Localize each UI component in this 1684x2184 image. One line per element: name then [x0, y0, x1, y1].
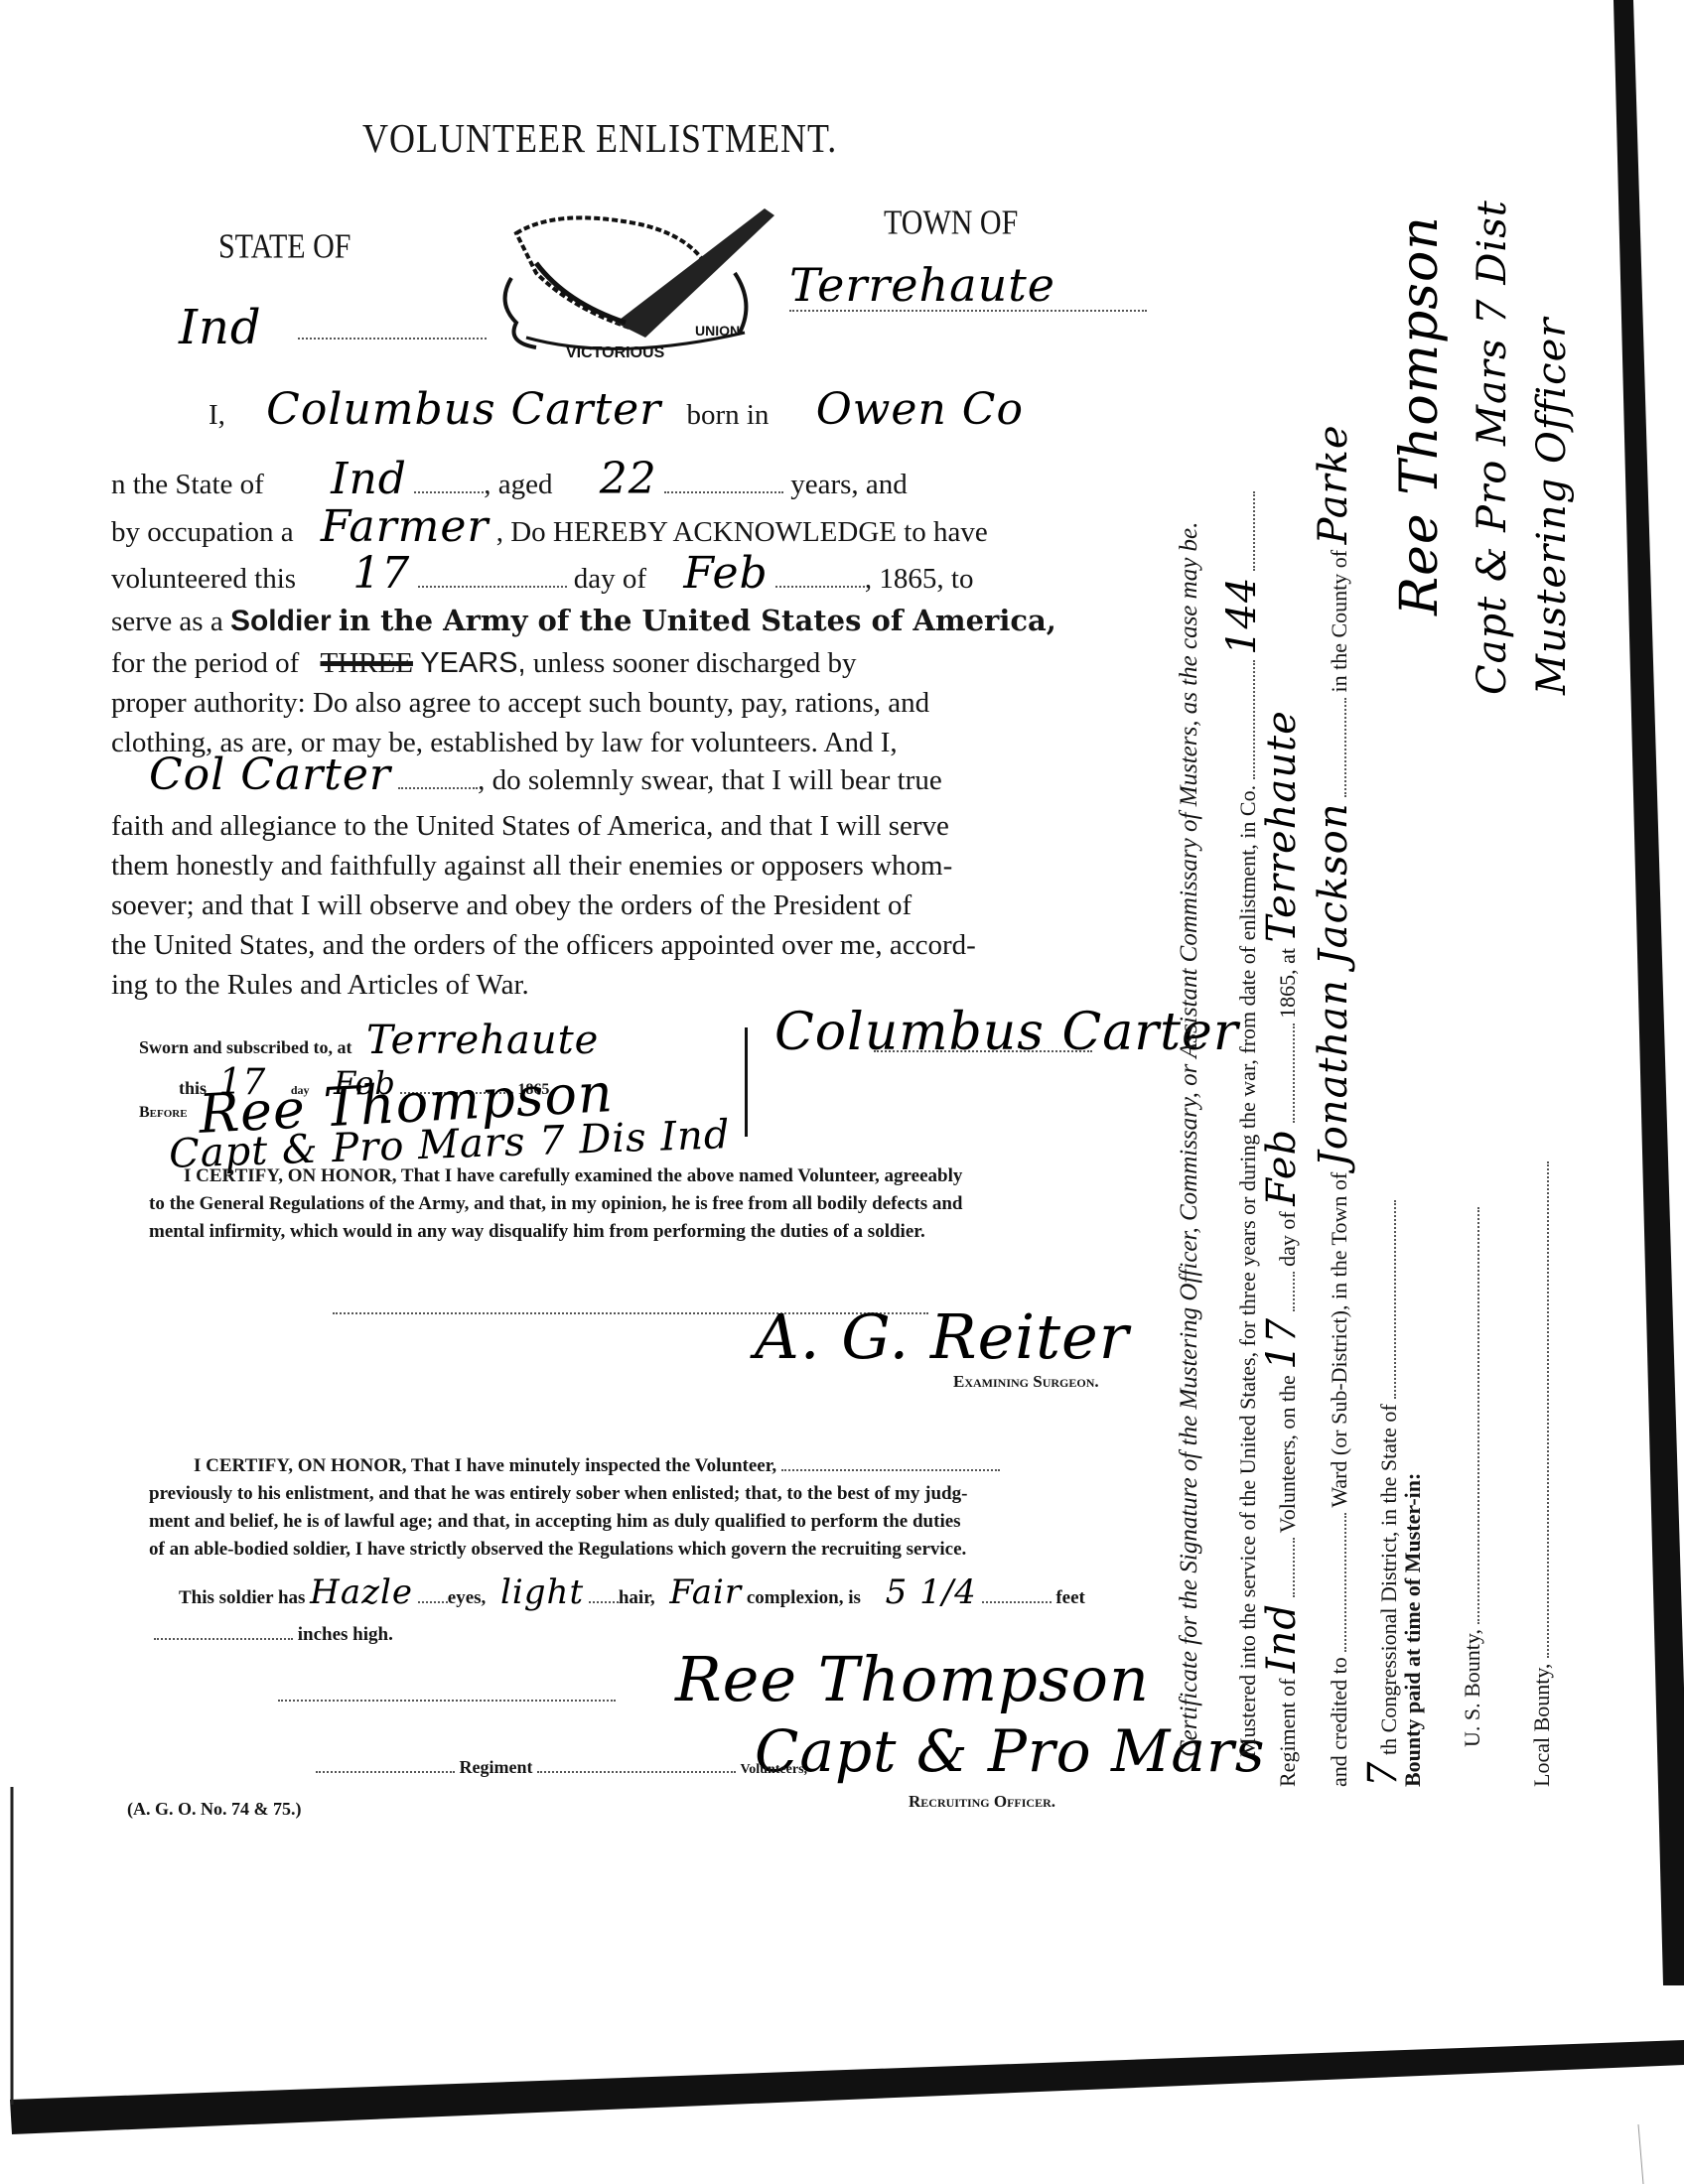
surgeon-cert-line-1: I CERTIFY, ON HONOR, That I have careful…	[184, 1161, 962, 1190]
recruit-cert-line-1: I CERTIFY, ON HONOR, That I have minutel…	[194, 1455, 776, 1476]
oath-line-14: ing to the Rules and Articles of War.	[111, 965, 529, 1006]
local-bounty-field	[1547, 1161, 1549, 1658]
oath-line-10: faith and allegiance to the United State…	[111, 806, 949, 847]
dotted-line	[1253, 491, 1255, 571]
muster-month: Feb	[1259, 1129, 1305, 1206]
dotted-line	[398, 787, 478, 789]
muster-regiment-label: Regiment of	[1275, 1679, 1300, 1787]
dotted-line	[589, 1601, 619, 1603]
muster-day-label: day of	[1275, 1211, 1300, 1267]
born-in-label: born in	[686, 399, 769, 431]
period-unit: YEARS,	[420, 647, 525, 679]
ward-label: Ward (or Sub-District), in the Town of	[1327, 1172, 1351, 1508]
seal-motto: VICTORIOUS	[566, 344, 665, 361]
surgeon-title: Examining Surgeon.	[953, 1372, 1099, 1392]
bounty-label: Bounty paid at time of Muster-in:	[1400, 1473, 1426, 1787]
credited-county: Parke	[1311, 424, 1356, 544]
muster-volunteers-label: Volunteers, on the	[1275, 1375, 1300, 1533]
discharge-text: unless sooner discharged by	[533, 647, 857, 679]
eyes-label: eyes,	[448, 1587, 487, 1608]
period-label: for the period of	[111, 647, 299, 679]
age-value: 22	[600, 454, 657, 504]
inches-label: inches high.	[298, 1624, 393, 1645]
dotted-line	[775, 586, 865, 588]
town-field-line	[789, 310, 1147, 312]
recruiting-signature: Ree Thompson	[675, 1643, 1150, 1715]
complexion-label: complexion, is	[747, 1587, 861, 1608]
dotted-line	[1293, 1272, 1295, 1311]
oath-line-12: soever; and that I will observe and obey…	[111, 886, 912, 926]
recruit-cert-line-2: previously to his enlistment, and that h…	[149, 1479, 967, 1508]
dotted-line	[1293, 1538, 1295, 1597]
volunteers-label: Volunteers,	[740, 1762, 807, 1777]
enlist-year: , 1865, to	[865, 563, 974, 595]
recruiting-title: Recruiting Officer.	[909, 1792, 1055, 1812]
muster-company: 144	[1219, 577, 1265, 655]
dotted-line	[781, 1469, 1000, 1471]
regiment-label: Regiment	[460, 1757, 533, 1777]
oath-line-11: them honestly and faithfully against all…	[111, 846, 952, 887]
dotted-line	[418, 586, 567, 588]
complexion-value: Fair	[669, 1572, 742, 1612]
surgeon-signature: A. G. Reiter	[755, 1300, 1129, 1373]
muster-officer-title: Capt & Pro Mars 7 Dist	[1470, 200, 1515, 695]
feet-label: feet	[1055, 1587, 1085, 1608]
eyes-value: Hazle	[310, 1572, 413, 1612]
county-label: in the County of	[1327, 550, 1351, 693]
district-text: th Congressional District, in the State …	[1376, 1404, 1401, 1755]
before-label: Before	[139, 1104, 188, 1122]
state-field-line	[298, 338, 487, 340]
dotted-line	[1394, 1200, 1396, 1399]
town-label: TOWN OF	[884, 204, 1018, 242]
oath-i: I,	[209, 399, 225, 431]
muster-year: 1865, at	[1275, 948, 1300, 1019]
aged-label: , aged	[484, 469, 552, 500]
muster-certificate: Certificate for the Signature of the Mus…	[1162, 159, 1599, 1807]
muster-day: 17	[1259, 1317, 1305, 1370]
recruit-cert-line-4: of an able-bodied soldier, I have strict…	[149, 1535, 966, 1564]
surgeon-cert-line-2: to the General Regulations of the Army, …	[149, 1189, 962, 1218]
born-in-value: Owen Co	[816, 384, 1024, 435]
day-of-label: day of	[574, 563, 646, 595]
dotted-line	[1253, 660, 1255, 779]
dotted-line	[1344, 698, 1346, 797]
volunteer-name: Columbus Carter	[266, 384, 661, 435]
acknowledge-text: , Do HEREBY ACKNOWLEDGE to have	[496, 516, 988, 548]
credited-label: and credited to	[1327, 1657, 1351, 1787]
sworn-place: Terrehaute	[366, 1018, 599, 1063]
dotted-line	[1344, 1513, 1346, 1652]
recruiting-signature-line	[278, 1700, 616, 1702]
army-text: in the Army of the United States of Amer…	[339, 604, 1056, 637]
state-value: Ind	[179, 300, 262, 355]
regiment-field-line	[316, 1771, 455, 1773]
form-code: (A. G. O. No. 74 & 75.)	[127, 1799, 301, 1820]
us-bounty-label: U. S. Bounty,	[1460, 1629, 1484, 1747]
oath-name: Col Carter	[149, 750, 391, 800]
inches-field-line	[154, 1638, 293, 1640]
swear-text: , do solemnly swear, that I will bear tr…	[478, 764, 942, 796]
height-value: 5 1/4	[886, 1572, 977, 1612]
birth-state: Ind	[331, 454, 407, 504]
muster-place: Terrehaute	[1259, 710, 1305, 942]
bracket-line	[745, 1027, 752, 1137]
signature-line	[874, 1050, 1092, 1052]
dotted-line	[414, 491, 484, 493]
dotted-line	[1293, 1024, 1295, 1123]
state-label: STATE OF	[218, 227, 351, 266]
state-of-label: n the State of	[111, 469, 264, 500]
recruit-cert-line-3: ment and belief, he is of lawful age; an…	[149, 1507, 961, 1536]
hair-label: hair,	[619, 1587, 655, 1608]
muster-heading: Certificate for the Signature of the Mus…	[1176, 522, 1203, 1757]
us-bounty-field	[1477, 1207, 1479, 1624]
serve-as-text: serve as a	[111, 606, 223, 637]
dotted-line	[537, 1771, 736, 1773]
dotted-line	[418, 1601, 448, 1603]
town-value: Terrehaute	[789, 258, 1055, 312]
soldier-text: Soldier	[230, 605, 332, 637]
hair-value: light	[500, 1572, 584, 1612]
credited-town: Jonathan Jackson	[1311, 803, 1356, 1167]
muster-officer-signature: Ree Thompson	[1390, 215, 1450, 615]
volunteered-label: volunteered this	[111, 563, 296, 595]
occupation-label: by occupation a	[111, 516, 294, 548]
seal-motto-2: UNION	[695, 323, 740, 339]
enlist-month: Feb	[683, 548, 768, 599]
desc-prefix: This soldier has	[179, 1587, 305, 1608]
muster-regiment-state: Ind	[1259, 1603, 1305, 1673]
eagle-seal-icon: VICTORIOUS UNION	[496, 204, 784, 362]
enlist-day: 17	[352, 548, 410, 599]
muster-line-1: Mustered into the service of the United …	[1235, 785, 1260, 1757]
oath-line-7: proper authority: Do also agree to accep…	[111, 683, 929, 724]
surgeon-cert-line-3: mental infirmity, which would in any way…	[149, 1217, 925, 1246]
local-bounty-label: Local Bounty,	[1529, 1664, 1554, 1787]
document-title: VOLUNTEER ENLISTMENT.	[362, 114, 837, 162]
oath-line-13: the United States, and the orders of the…	[111, 925, 976, 966]
years-label: years, and	[790, 469, 908, 500]
dotted-line	[982, 1601, 1052, 1603]
occupation-value: Farmer	[321, 501, 490, 552]
sworn-label: Sworn and subscribed to, at	[139, 1037, 352, 1057]
muster-officer-title-2: Mustering Officer	[1529, 318, 1575, 695]
dotted-line	[664, 491, 783, 493]
period-struck: THREE	[321, 647, 413, 679]
